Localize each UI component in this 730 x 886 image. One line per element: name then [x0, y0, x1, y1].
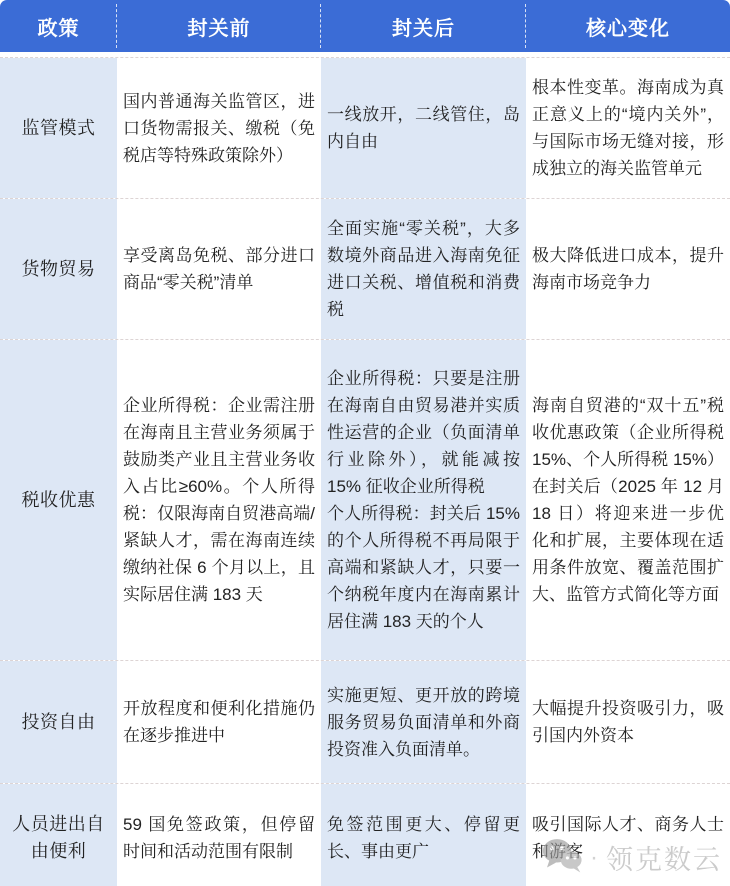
cell-text: 享受离岛免税、部分进口商品“零关税”清单 — [123, 242, 315, 296]
cell-text: 极大降低进口成本，提升海南市场竞争力 — [532, 242, 724, 296]
before-cell: 开放程度和便利化措施仍在逐步推进中 — [117, 661, 321, 783]
before-cell: 59 国免签政策，但停留时间和活动范围有限制 — [117, 784, 321, 886]
before-cell: 企业所得税：企业需注册在海南且主营业务须属于鼓励类产业且主营业务收入占比≥60%… — [117, 340, 321, 660]
cell-text-personal-tax: 个人所得税：封关后 15% 的个人所得税不再局限于高端和紧缺人才，只要一个纳税年… — [327, 500, 520, 635]
before-cell: 国内普通海关监管区，进口货物需报关、缴税（免税店等特殊政策除外） — [117, 58, 321, 198]
cell-text: 海南自贸港的“双十五”税收优惠政策（企业所得税 15%、个人所得税 15%）在封… — [532, 392, 724, 608]
header-core-change: 核心变化 — [526, 0, 730, 52]
table-row-tax-incentives: 税收优惠 企业所得税：企业需注册在海南且主营业务须属于鼓励类产业且主营业务收入占… — [0, 339, 730, 660]
cell-text: 一线放开，二线管住，岛内自由 — [327, 101, 520, 155]
change-cell: 大幅提升投资吸引力，吸引国内外资本 — [526, 661, 730, 783]
after-cell: 一线放开，二线管住，岛内自由 — [321, 58, 526, 198]
policy-cell: 监管模式 — [0, 58, 117, 198]
header-before-closure: 封关前 — [117, 0, 321, 52]
policy-cell: 税收优惠 — [0, 340, 117, 660]
after-cell: 全面实施“零关税”，大多数境外商品进入海南免征进口关税、增值税和消费税 — [321, 199, 526, 339]
cell-text: 59 国免签政策，但停留时间和活动范围有限制 — [123, 811, 315, 865]
policy-cell: 人员进出自由便利 — [0, 784, 117, 886]
table-body: 监管模式 国内普通海关监管区，进口货物需报关、缴税（免税店等特殊政策除外） 一线… — [0, 57, 730, 886]
change-cell: 极大降低进口成本，提升海南市场竞争力 — [526, 199, 730, 339]
header-after-closure: 封关后 — [321, 0, 526, 52]
cell-text: 企业所得税：企业需注册在海南且主营业务须属于鼓励类产业且主营业务收入占比≥60%… — [123, 392, 315, 608]
cell-text: 免签范围更大、停留更长、事由更广 — [327, 811, 520, 865]
after-cell: 企业所得税：只要是注册在海南自由贸易港并实质性运营的企业（负面清单行业除外），就… — [321, 340, 526, 660]
cell-text: 全面实施“零关税”，大多数境外商品进入海南免征进口关税、增值税和消费税 — [327, 215, 520, 323]
cell-text: 大幅提升投资吸引力，吸引国内外资本 — [532, 695, 724, 749]
cell-text-corporate-tax: 企业所得税：只要是注册在海南自由贸易港并实质性运营的企业（负面清单行业除外），就… — [327, 365, 520, 500]
table-header: 政策 封关前 封关后 核心变化 — [0, 0, 730, 52]
before-cell: 享受离岛免税、部分进口商品“零关税”清单 — [117, 199, 321, 339]
after-cell: 实施更短、更开放的跨境服务贸易负面清单和外商投资准入负面清单。 — [321, 661, 526, 783]
policy-cell: 货物贸易 — [0, 199, 117, 339]
cell-text: 根本性变革。海南成为真正意义上的“境内关外”，与国际市场无缝对接，形成独立的海关… — [532, 74, 724, 182]
cell-text: 开放程度和便利化措施仍在逐步推进中 — [123, 695, 315, 749]
table-row-supervision: 监管模式 国内普通海关监管区，进口货物需报关、缴税（免税店等特殊政策除外） 一线… — [0, 57, 730, 198]
change-cell: 根本性变革。海南成为真正意义上的“境内关外”，与国际市场无缝对接，形成独立的海关… — [526, 58, 730, 198]
policy-cell: 投资自由 — [0, 661, 117, 783]
table-row-investment-freedom: 投资自由 开放程度和便利化措施仍在逐步推进中 实施更短、更开放的跨境服务贸易负面… — [0, 660, 730, 783]
cell-text: 吸引国际人才、商务人士和游客 — [532, 811, 724, 865]
cell-text: 国内普通海关监管区，进口货物需报关、缴税（免税店等特殊政策除外） — [123, 88, 315, 169]
change-cell: 海南自贸港的“双十五”税收优惠政策（企业所得税 15%、个人所得税 15%）在封… — [526, 340, 730, 660]
policy-comparison-table: 政策 封关前 封关后 核心变化 监管模式 国内普通海关监管区，进口货物需报关、缴… — [0, 0, 730, 886]
after-cell: 免签范围更大、停留更长、事由更广 — [321, 784, 526, 886]
cell-text: 实施更短、更开放的跨境服务贸易负面清单和外商投资准入负面清单。 — [327, 682, 520, 763]
table-row-goods-trade: 货物贸易 享受离岛免税、部分进口商品“零关税”清单 全面实施“零关税”，大多数境… — [0, 198, 730, 339]
header-policy: 政策 — [0, 0, 117, 52]
table-row-personnel-mobility: 人员进出自由便利 59 国免签政策，但停留时间和活动范围有限制 免签范围更大、停… — [0, 783, 730, 886]
change-cell: 吸引国际人才、商务人士和游客 — [526, 784, 730, 886]
